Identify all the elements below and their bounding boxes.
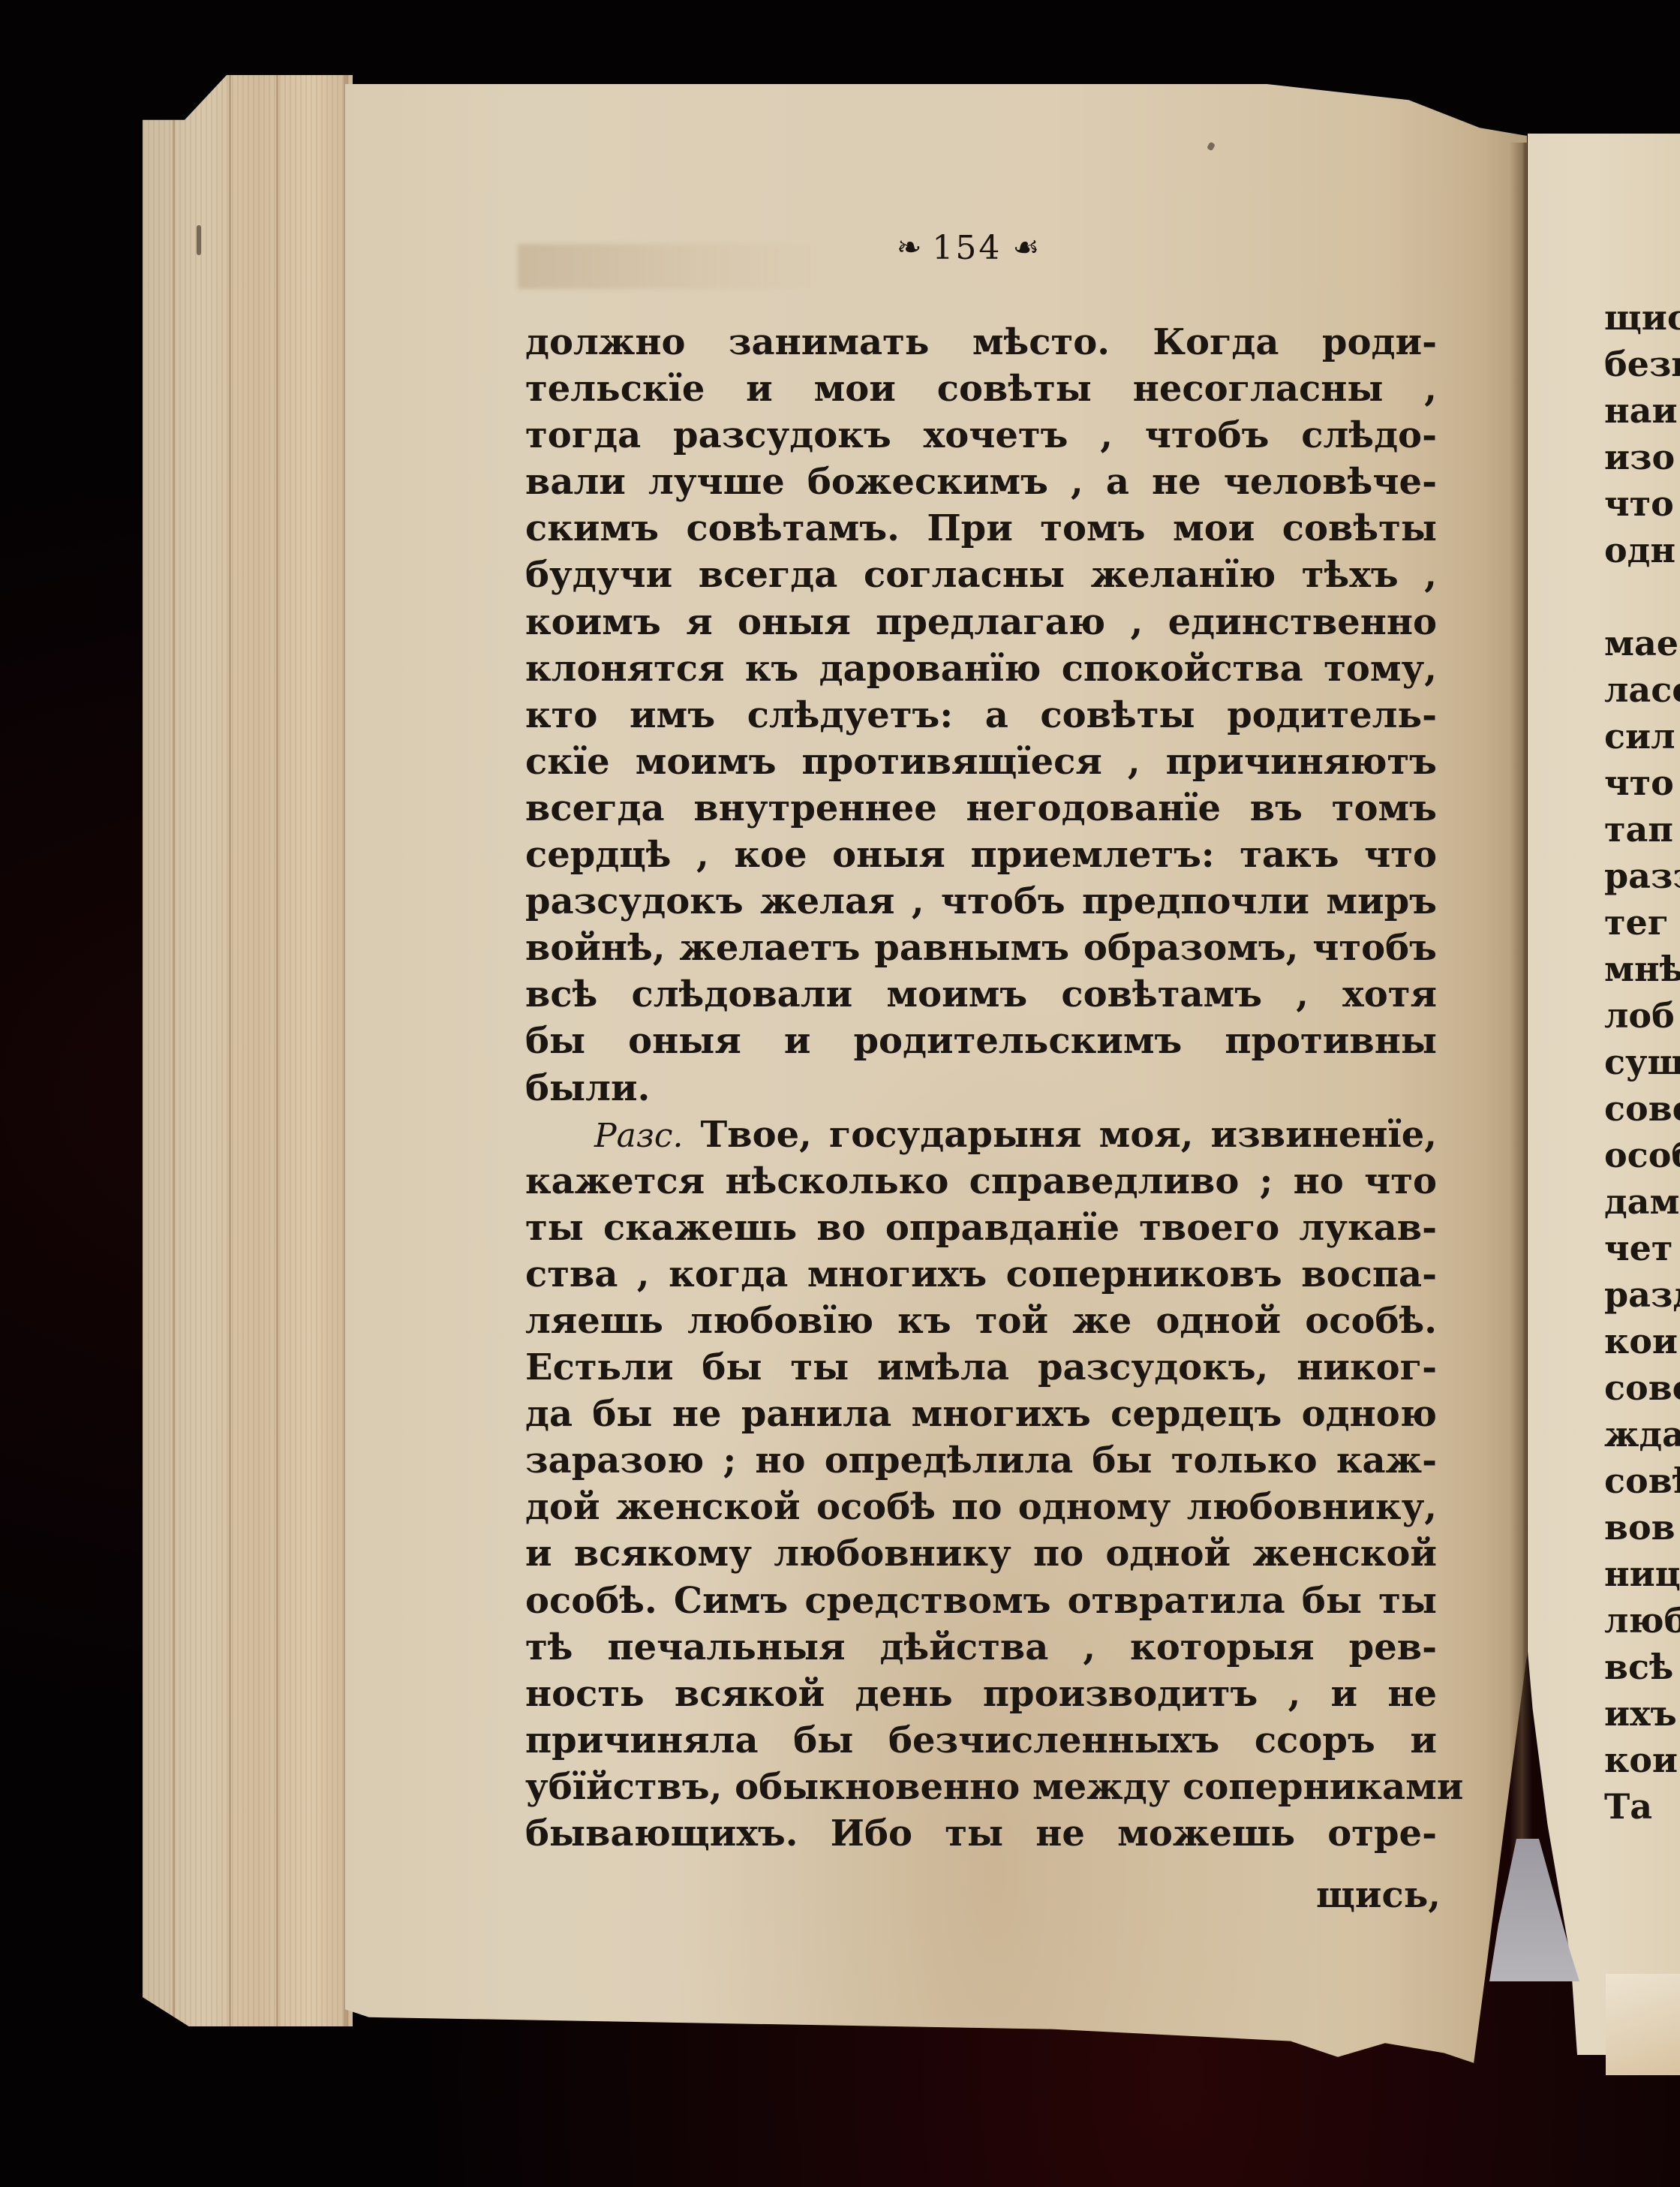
text-line: бывающихъ. Ибо ты не можешь отре- (525, 1810, 1437, 1857)
text-line: мае (1604, 620, 1680, 666)
text-line: вали лучше божескимъ , а не человѣче- (525, 459, 1437, 505)
text-line: ласе (1604, 666, 1680, 713)
blank-line (1604, 573, 1680, 620)
text-line: скимъ совѣтамъ. При томъ мои совѣты (525, 505, 1437, 552)
page-edge-line (229, 75, 231, 2026)
text-line: ность всякой день производитъ , и не (525, 1671, 1437, 1717)
text-fragment: Твое, государыня моя, извиненїе, (701, 1114, 1438, 1156)
ornament-right-icon: ☙ (1012, 233, 1039, 263)
text-line: разсудокъ желая , чтобъ предпочли миръ (525, 878, 1437, 925)
text-line: коимъ я оныя предлагаю , единственно (525, 599, 1437, 645)
text-line: всѣ слѣдовали моимъ совѣтамъ , хотя (525, 971, 1437, 1018)
text-line: тѣ печальныя дѣйства , которыя рев- (525, 1624, 1437, 1671)
running-head: ❧ 154 ☙ (833, 225, 1103, 270)
text-line: клонятся къ дарованїю спокойства тому, (525, 645, 1437, 692)
text-line: разз (1604, 853, 1680, 899)
text-line: сил (1604, 713, 1680, 760)
offset-smudge (518, 244, 833, 289)
text-line: бы оныя и родительскимъ противны (525, 1018, 1437, 1064)
text-line: будучи всегда согласны желанїю тѣхъ , (525, 552, 1437, 598)
text-line: кои (1604, 1737, 1680, 1783)
text-line: тап (1604, 806, 1680, 853)
text-line: да бы не ранила многихъ сердецъ одною (525, 1391, 1437, 1437)
text-line: что (1604, 480, 1680, 527)
text-line: безп (1604, 341, 1680, 387)
text-line: изо (1604, 434, 1680, 480)
page-number: 154 (932, 229, 1002, 267)
text-line: войнѣ, желаетъ равнымъ образомъ, чтобъ (525, 925, 1437, 971)
text-line: Та (1604, 1783, 1680, 1830)
text-line: всегда внутреннее негодованїе въ томъ (525, 785, 1437, 832)
text-line: жда (1604, 1411, 1680, 1457)
text-line: наи (1604, 387, 1680, 434)
text-line: кажется нѣсколько справедливо ; но что (525, 1158, 1437, 1205)
text-line: ниц (1604, 1551, 1680, 1597)
text-line: были. (525, 1065, 1437, 1112)
ornament-left-icon: ❧ (897, 233, 922, 263)
text-line: Естьли бы ты имѣла разсудокъ, никог- (525, 1344, 1437, 1391)
text-line: заразою ; но опредѣлила бы только каж- (525, 1437, 1437, 1484)
right-page-corner (1606, 1974, 1680, 2075)
text-line: одн (1604, 527, 1680, 573)
text-line: ихъ (1604, 1690, 1680, 1737)
text-line: причиняла бы безчисленныхъ ссоръ и (525, 1717, 1437, 1764)
text-line: кои (1604, 1318, 1680, 1364)
text-line: тельскїе и мои совѣты несогласны , (525, 366, 1437, 412)
text-line: совѣ (1604, 1457, 1680, 1504)
text-line: сово (1604, 1364, 1680, 1411)
text-line: мнѣ (1604, 946, 1680, 992)
text-line: скїе моимъ противящїеся , причиняютъ (525, 739, 1437, 785)
text-line: люб (1604, 1597, 1680, 1644)
text-line: ляешь любовїю къ той же одной особѣ. (525, 1298, 1437, 1344)
text-line: сове (1604, 1085, 1680, 1132)
text-line: особѣ. Симъ средствомъ отвратила бы ты (525, 1578, 1437, 1624)
text-line: дам (1604, 1178, 1680, 1225)
catchword: щись, (1268, 1874, 1441, 1916)
text-line: ты скажешь во оправданїе твоего лукав- (525, 1205, 1437, 1251)
text-line: тег (1604, 899, 1680, 946)
right-page-text-fragment: щис безп наи изо что одн мае ласе сил чт… (1604, 294, 1680, 1830)
text-line: дой женской особѣ по одному любовнику, (525, 1484, 1437, 1530)
text-line: разд (1604, 1271, 1680, 1318)
text-line: кто имъ слѣдуетъ: а совѣты родитель- (525, 692, 1437, 739)
text-line: тогда разсудокъ хочетъ , чтобъ слѣдо- (525, 412, 1437, 459)
text-line: вов (1604, 1504, 1680, 1551)
page-edge-stack (143, 75, 353, 2026)
speaker-label: Разс. (594, 1117, 683, 1155)
text-line: убїйствъ, обыкновенно между соперниками (525, 1764, 1437, 1810)
page-edge-line (173, 75, 175, 2026)
text-line: что (1604, 760, 1680, 806)
text-line: чет (1604, 1225, 1680, 1271)
paragraph-first-line: Разс. Твое, государыня моя, извиненїе, (525, 1112, 1437, 1158)
text-line: сердцѣ , кое оныя приемлетъ: такъ что (525, 832, 1437, 878)
text-line: ства , когда многихъ соперниковъ воспа- (525, 1251, 1437, 1298)
text-line: всѣ (1604, 1644, 1680, 1690)
text-line: должно занимать мѣсто. Когда роди- (525, 319, 1437, 366)
paper-blemish (197, 225, 201, 255)
text-line: особ (1604, 1132, 1680, 1178)
text-line: и всякому любовнику по одной женской (525, 1530, 1437, 1577)
text-line: сущ (1604, 1039, 1680, 1085)
body-text: должно занимать мѣсто. Когда роди- тельс… (525, 319, 1437, 1857)
page-edge-line (276, 75, 278, 2026)
text-line: лоб (1604, 992, 1680, 1039)
text-line: щис (1604, 294, 1680, 341)
